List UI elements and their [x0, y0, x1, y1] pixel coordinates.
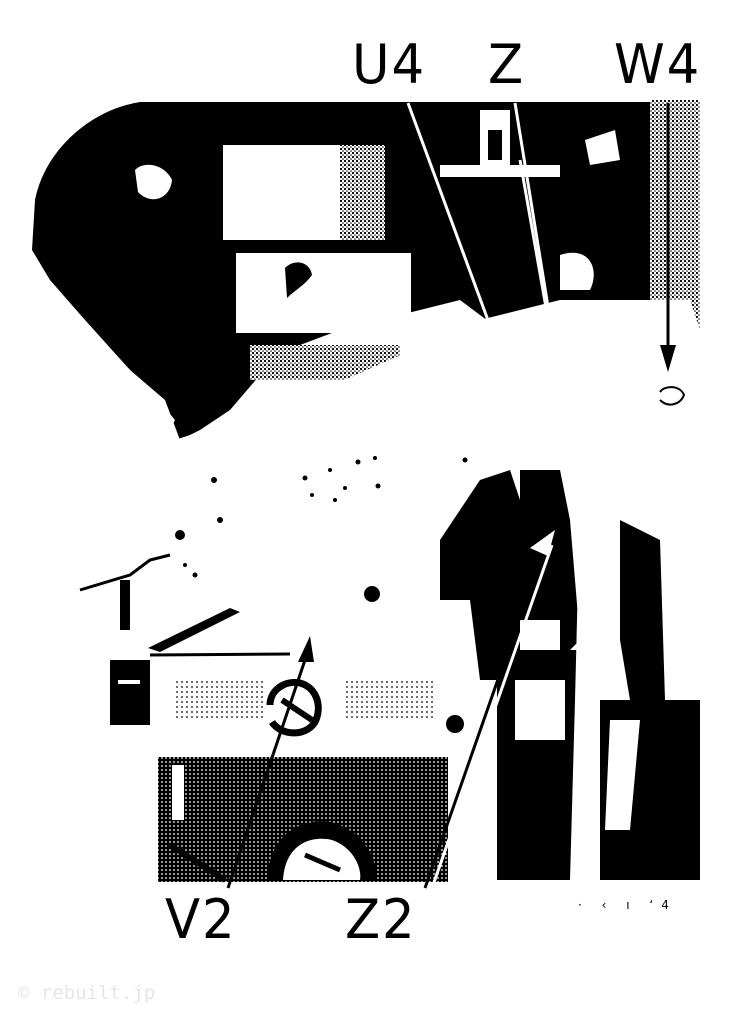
figure-number: · ‹ ı ʻ4: [578, 898, 677, 912]
middle-block: [236, 253, 411, 333]
callout-label-z: Z: [488, 38, 525, 92]
callout-label-v2: V2: [165, 893, 237, 947]
watermark: © rebuilt.jp: [18, 982, 155, 1004]
knob: [110, 660, 150, 725]
callout-label-w4: W4: [614, 38, 701, 92]
mechanism-photo: [0, 0, 749, 1024]
callout-label-z2: Z2: [345, 893, 417, 947]
callout-label-u4: U4: [352, 38, 426, 92]
